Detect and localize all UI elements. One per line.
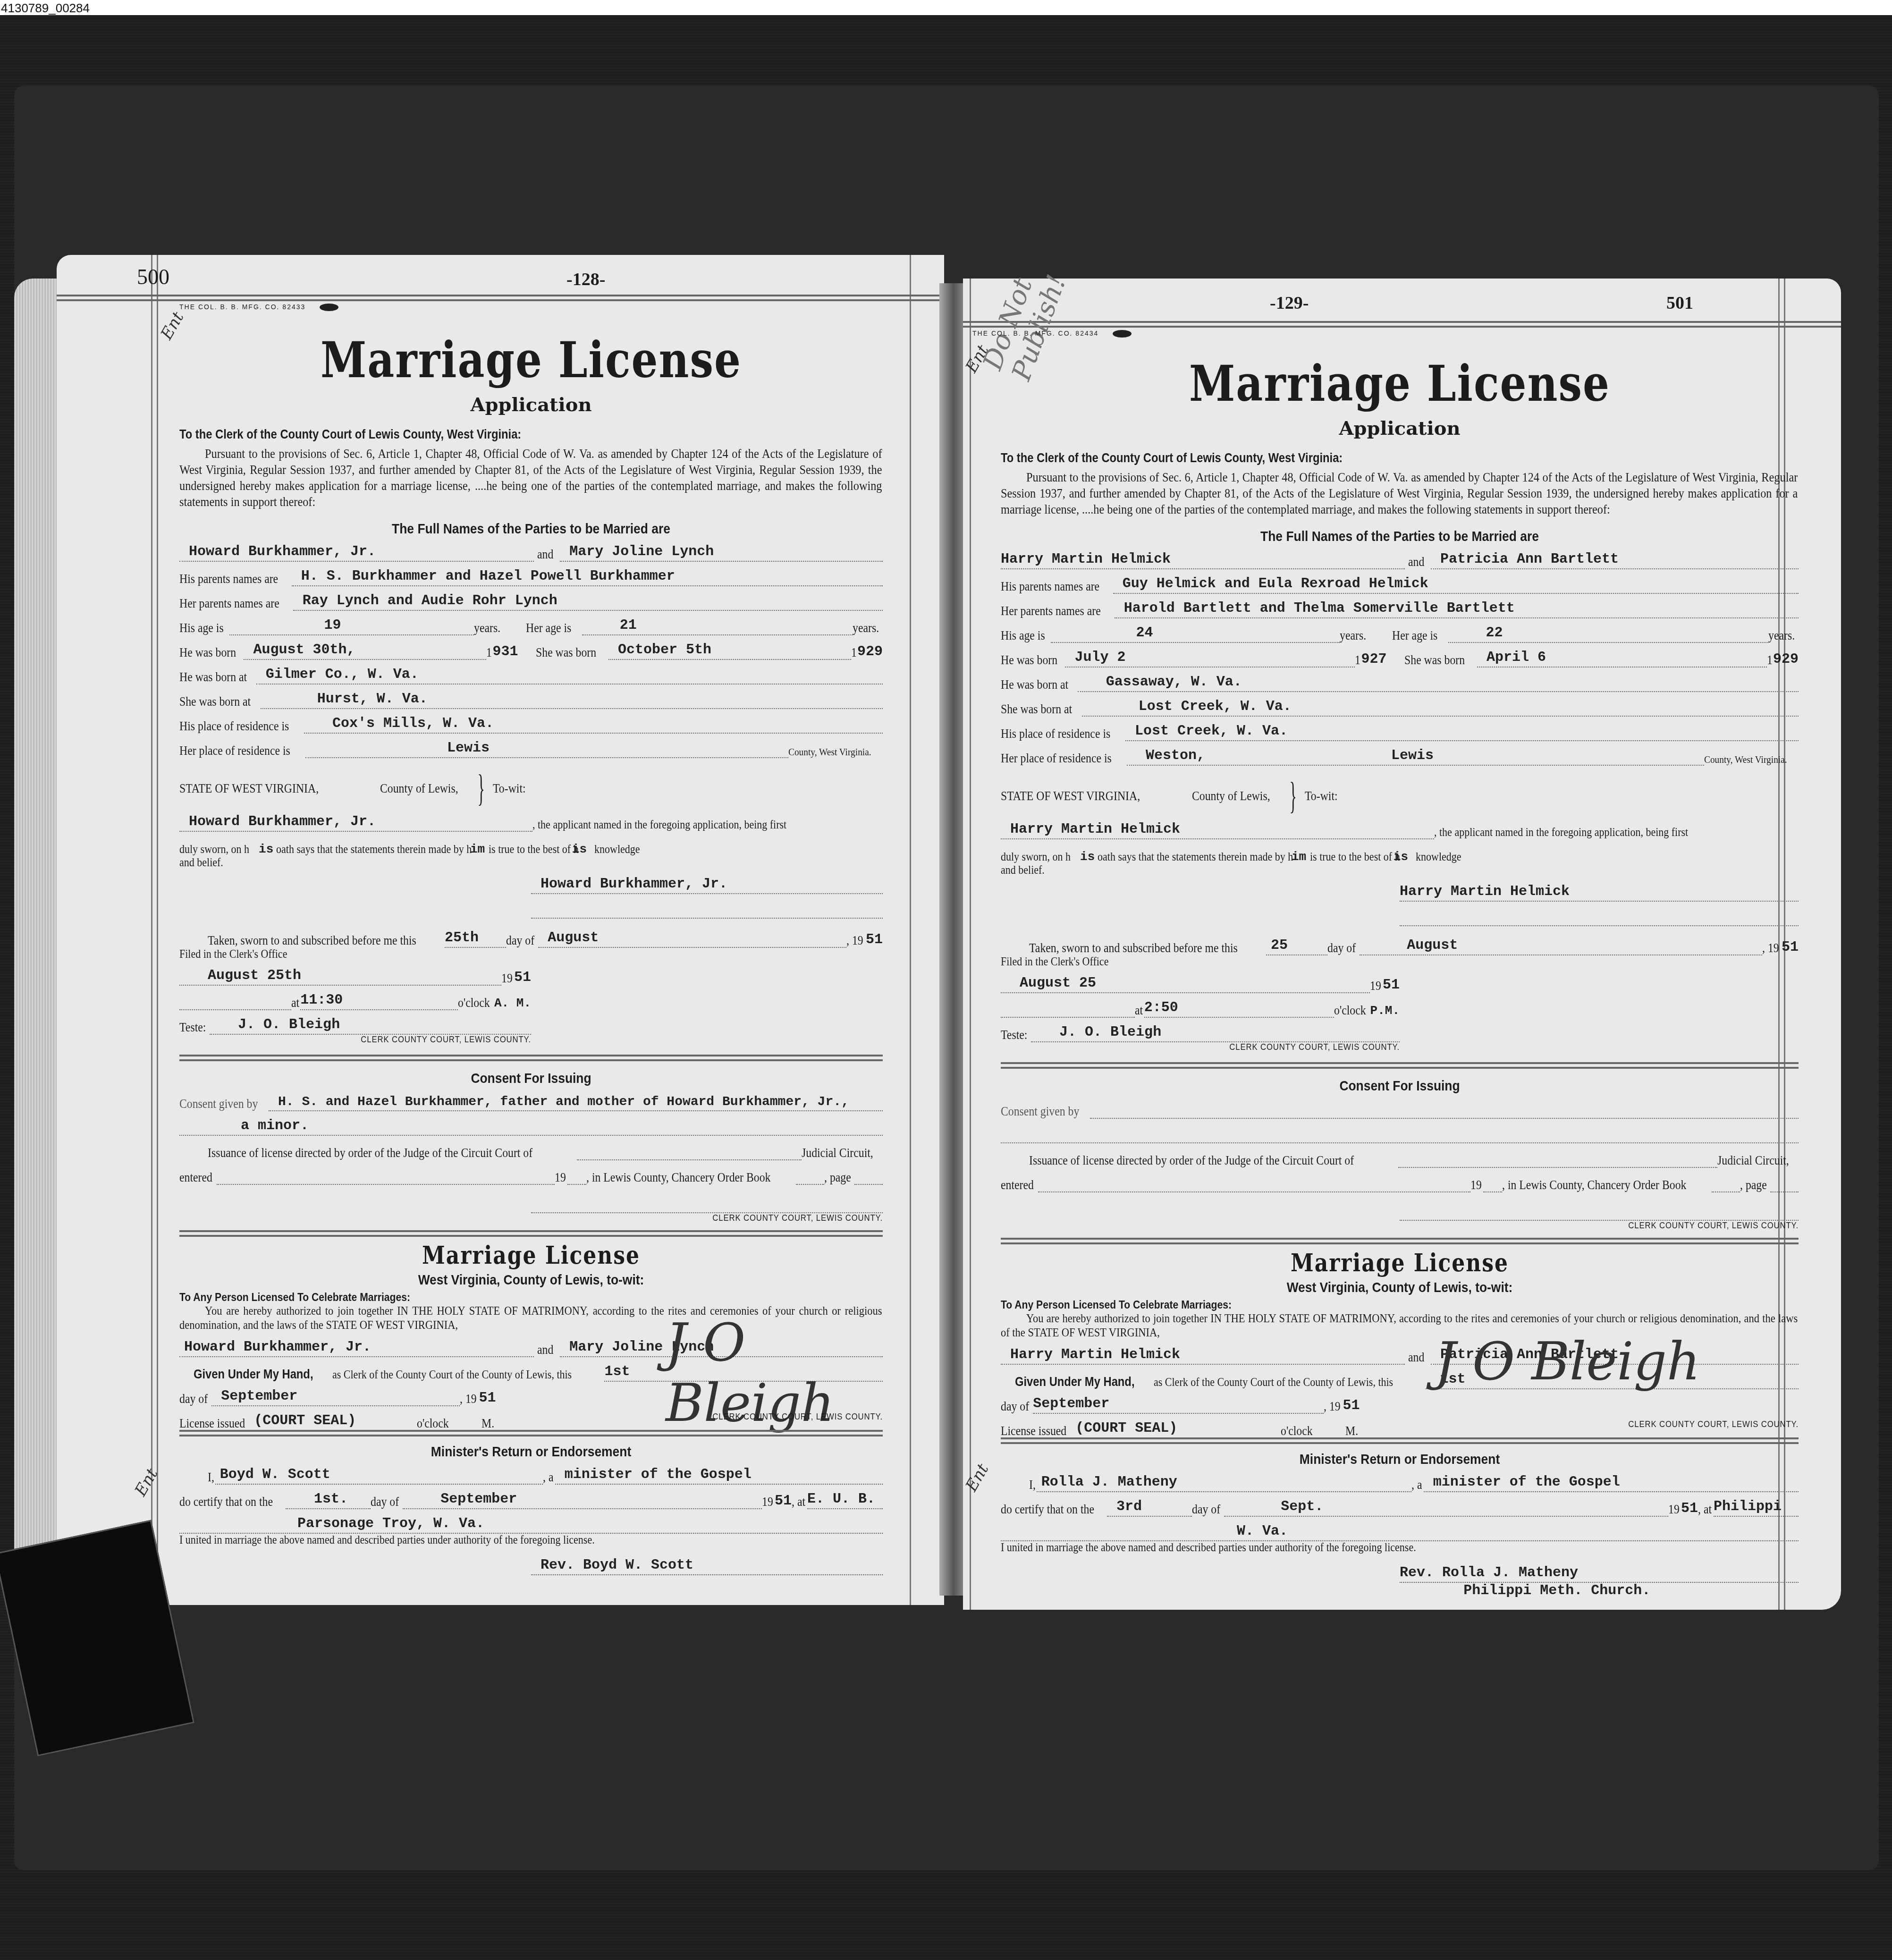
sworn-day-field[interactable]: 25	[1266, 937, 1327, 955]
marriage-place-field[interactable]: E. U. B.	[807, 1490, 883, 1509]
her-birth-date-field[interactable]: April 6	[1477, 649, 1767, 667]
minister-name-field[interactable]: Boyd W. Scott	[215, 1466, 543, 1485]
applicant-signature-field[interactable]: Howard Burkhammer, Jr.	[531, 875, 883, 894]
oath-statement: duly sworn, on h is oath says that the s…	[179, 832, 883, 856]
circuit-field[interactable]	[1398, 1149, 1717, 1168]
seal-ornament-icon	[320, 304, 338, 311]
margin-line	[151, 255, 152, 1605]
brace-icon: }	[477, 769, 484, 807]
order-book-field[interactable]	[1712, 1174, 1740, 1192]
marriage-place-field[interactable]: Philippi	[1714, 1498, 1799, 1517]
marriage-day-field[interactable]: 3rd	[1107, 1498, 1192, 1517]
consent-heading: Consent For Issuing	[221, 1071, 840, 1087]
margin-line	[157, 255, 158, 1605]
consent-given-by-field[interactable]: H. S. and Hazel Burkhammer, father and m…	[269, 1092, 883, 1111]
license-groom-field[interactable]: Howard Burkhammer, Jr.	[179, 1338, 534, 1357]
clerk-signature: J O Bleigh	[1435, 1331, 1700, 1392]
margin-line	[910, 255, 911, 1605]
her-residence-field[interactable]: Weston,Lewis	[1127, 747, 1705, 766]
his-birthplace-field[interactable]: Gilmer Co., W. Va.	[256, 666, 883, 684]
her-residence-field[interactable]: Lewis	[305, 739, 789, 758]
book-page-number: 500	[137, 264, 169, 289]
license-groom-field[interactable]: Harry Martin Helmick	[1001, 1346, 1405, 1365]
stationer-imprint: THE COL. B. B. MFG. CO. 82434	[972, 329, 1132, 338]
minister-church: Philippi Meth. Church.	[1463, 1583, 1799, 1599]
bride-name-field[interactable]: Mary Joline Lynch	[560, 543, 883, 562]
form-subtitle: Application	[1001, 417, 1799, 439]
his-birth-date-field[interactable]: August 30th,	[244, 641, 486, 660]
marriage-day-field[interactable]: 1st.	[286, 1490, 371, 1509]
applicant-signature-field[interactable]: Harry Martin Helmick	[1400, 883, 1799, 902]
names-heading: The Full Names of the Parties to be Marr…	[1048, 529, 1750, 545]
sworn-month-field[interactable]: August	[538, 929, 846, 948]
teste-clerk-field[interactable]: J. O. Bleigh	[210, 1016, 531, 1035]
her-birthplace-field[interactable]: Lost Creek, W. Va.	[1082, 698, 1799, 717]
preamble: Pursuant to the provisions of Sec. 6, Ar…	[1001, 469, 1798, 517]
minister-heading: Minister's Return or Endorsement	[1048, 1452, 1750, 1468]
license-month-field[interactable]: September	[211, 1387, 460, 1406]
filed-time-field[interactable]: 11:30	[300, 991, 458, 1010]
his-birth-year: 931	[492, 644, 518, 660]
sworn-month-field[interactable]: August	[1360, 937, 1762, 955]
left-page: 500 -128- Ent THE COL. B. B. MFG. CO. 82…	[57, 255, 944, 1605]
marriage-month-field[interactable]: September	[403, 1490, 762, 1509]
minister-title-field[interactable]: minister of the Gospel	[555, 1466, 883, 1485]
his-birthplace-field[interactable]: Gassaway, W. Va.	[1078, 673, 1799, 692]
image-label-bar: 4130789_00284	[0, 0, 1892, 15]
order-book-field[interactable]	[796, 1166, 824, 1185]
consent-heading: Consent For Issuing	[1048, 1078, 1750, 1094]
his-residence-field[interactable]: Cox's Mills, W. Va.	[304, 715, 883, 734]
filed-date-field[interactable]: August 25	[1001, 974, 1370, 993]
her-parents-field[interactable]: Ray Lynch and Audie Rohr Lynch	[293, 592, 883, 611]
minister-name-field[interactable]: Rolla J. Matheny	[1037, 1473, 1411, 1492]
her-age-field[interactable]: 21	[582, 617, 853, 635]
oath-venue: STATE OF WEST VIRGINIA,County of Lewis, …	[1001, 777, 1799, 815]
parties-row: Howard Burkhammer, Jr. and Mary Joline L…	[179, 537, 883, 562]
order-page-field[interactable]	[1770, 1174, 1799, 1192]
teste-clerk-field[interactable]: J. O. Bleigh	[1031, 1023, 1400, 1042]
addressee: To the Clerk of the County Court of Lewi…	[1001, 451, 1703, 465]
marriage-place-field-2[interactable]: W. Va.	[1001, 1522, 1799, 1541]
groom-name-field[interactable]: Howard Burkhammer, Jr.	[179, 543, 534, 562]
his-parents-field[interactable]: H. S. Burkhammer and Hazel Powell Burkha…	[292, 567, 883, 586]
applicant-name-field[interactable]: Howard Burkhammer, Jr.	[179, 813, 532, 832]
bride-name-field[interactable]: Patricia Ann Bartlett	[1431, 550, 1799, 569]
his-residence-field[interactable]: Lost Creek, W. Va.	[1125, 722, 1799, 741]
form-subtitle: Application	[179, 394, 883, 416]
ent-margin-mark: Ent	[962, 1461, 993, 1495]
entered-field[interactable]	[1038, 1174, 1470, 1192]
consent-given-by-field-2[interactable]	[1001, 1124, 1799, 1143]
her-age-field[interactable]: 22	[1448, 624, 1769, 643]
license-title: Marriage License	[1001, 1249, 1799, 1277]
oath-venue: STATE OF WEST VIRGINIA,County of Lewis, …	[179, 769, 883, 807]
right-form: THE COL. B. B. MFG. CO. 82434 Marriage L…	[1001, 279, 1799, 1599]
form-title: Marriage License	[1001, 354, 1799, 413]
filed-time-field[interactable]: 2:50	[1144, 999, 1334, 1018]
seal-ornament-icon	[1113, 330, 1132, 338]
his-birth-date-field[interactable]: July 2	[1065, 649, 1355, 667]
sworn-day-field[interactable]: 25th	[445, 929, 506, 948]
license-month-field[interactable]: September	[1033, 1395, 1324, 1414]
brace-icon: }	[1289, 777, 1296, 815]
her-birthplace-field[interactable]: Hurst, W. Va.	[261, 690, 883, 709]
consent-given-by-field-2[interactable]: a minor.	[179, 1117, 883, 1136]
oath-statement: duly sworn, on h is oath says that the s…	[1001, 839, 1799, 864]
marriage-place-field-2[interactable]: Parsonage Troy, W. Va.	[179, 1515, 883, 1534]
names-heading: The Full Names of the Parties to be Marr…	[221, 521, 840, 537]
right-page: -129- 501 Ent Do Not Publish! THE COL. B…	[963, 279, 1841, 1610]
her-birth-year: 929	[857, 644, 883, 660]
marriage-month-field[interactable]: Sept.	[1224, 1498, 1668, 1517]
addressee: To the Clerk of the County Court of Lewi…	[179, 427, 798, 442]
blank-line	[1400, 907, 1799, 926]
minister-title-field[interactable]: minister of the Gospel	[1424, 1473, 1799, 1492]
his-age-field[interactable]: 19	[229, 617, 473, 635]
minister-signature-field[interactable]: Rev. Rolla J. Matheny	[1400, 1564, 1799, 1583]
her-parents-field[interactable]: Harold Bartlett and Thelma Somerville Ba…	[1115, 600, 1799, 618]
his-parents-field[interactable]: Guy Helmick and Eula Rexroad Helmick	[1113, 575, 1799, 594]
circuit-field[interactable]	[577, 1141, 802, 1160]
preamble: Pursuant to the provisions of Sec. 6, Ar…	[179, 446, 882, 510]
license-title: Marriage License	[179, 1241, 883, 1270]
left-form: THE COL. B. B. MFG. CO. 82433 Marriage L…	[179, 255, 883, 1575]
her-birth-date-field[interactable]: October 5th	[608, 641, 851, 660]
margin-line	[970, 279, 971, 1610]
applicant-name-field[interactable]: Harry Martin Helmick	[1001, 820, 1434, 839]
form-title: Marriage License	[179, 330, 883, 389]
consent-given-by-field[interactable]	[1090, 1100, 1799, 1119]
image-label: 4130789_00284	[1, 1, 90, 16]
entered-field[interactable]	[217, 1166, 554, 1185]
stationer-imprint: THE COL. B. B. MFG. CO. 82433	[179, 303, 338, 311]
his-age-field[interactable]: 24	[1051, 624, 1340, 643]
minister-heading: Minister's Return or Endorsement	[221, 1444, 840, 1460]
filed-date-field[interactable]: August 25th	[179, 967, 501, 986]
blank-line	[531, 900, 883, 919]
minister-signature-field[interactable]: Rev. Boyd W. Scott	[531, 1556, 883, 1575]
groom-name-field[interactable]: Harry Martin Helmick	[1001, 550, 1405, 569]
sworn-year: 51	[866, 932, 883, 948]
order-page-field[interactable]	[854, 1166, 883, 1185]
